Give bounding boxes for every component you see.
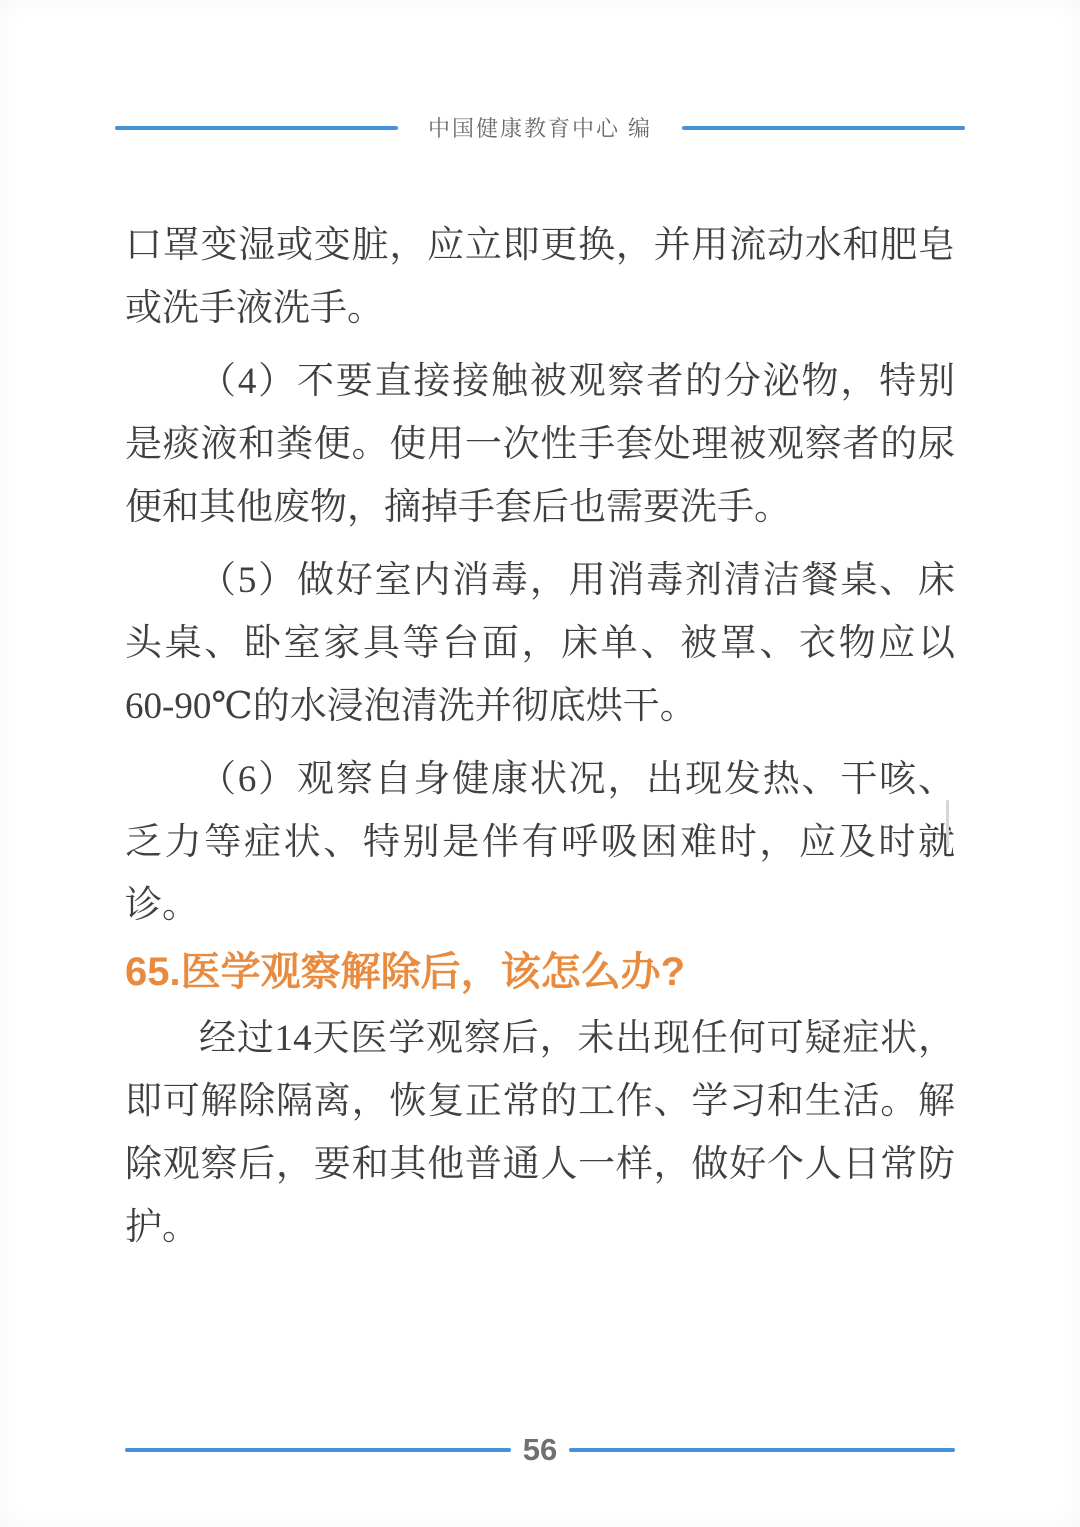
footer-rule-left: [125, 1448, 511, 1452]
page-footer: 56: [125, 1432, 955, 1468]
paragraph-item-6: （6）观察自身健康状况，出现发热、干咳、乏力等症状、特别是伴有呼吸困难时，应及时…: [125, 748, 955, 937]
header-rule-left: [115, 126, 398, 130]
footer-rule-right: [569, 1448, 955, 1452]
header-rule-right: [682, 126, 965, 130]
header-credit: 中国健康教育中心 编: [428, 112, 652, 143]
paragraph-observation-release: 经过14天医学观察后，未出现任何可疑症状，即可解除隔离，恢复正常的工作、学习和生…: [125, 1007, 955, 1259]
scan-artifact-mark: [946, 800, 949, 848]
document-page: 中国健康教育中心 编 口罩变湿或变脏，应立即更换，并用流动水和肥皂或洗手液洗手。…: [0, 0, 1080, 1527]
page-content: 口罩变湿或变脏，应立即更换，并用流动水和肥皂或洗手液洗手。 （4）不要直接接触被…: [125, 214, 955, 1269]
page-header: 中国健康教育中心 编: [115, 112, 965, 143]
section-heading-65: 65.医学观察解除后，该怎么办?: [125, 947, 955, 997]
paragraph-item-4: （4）不要直接接触被观察者的分泌物，特别是痰液和粪便。使用一次性手套处理被观察者…: [125, 350, 955, 539]
page-number: 56: [523, 1432, 557, 1468]
paragraph-item-5: （5）做好室内消毒，用消毒剂清洁餐桌、床头桌、卧室家具等台面，床单、被罩、衣物应…: [125, 549, 955, 738]
paragraph-mask-hygiene: 口罩变湿或变脏，应立即更换，并用流动水和肥皂或洗手液洗手。: [125, 214, 955, 340]
